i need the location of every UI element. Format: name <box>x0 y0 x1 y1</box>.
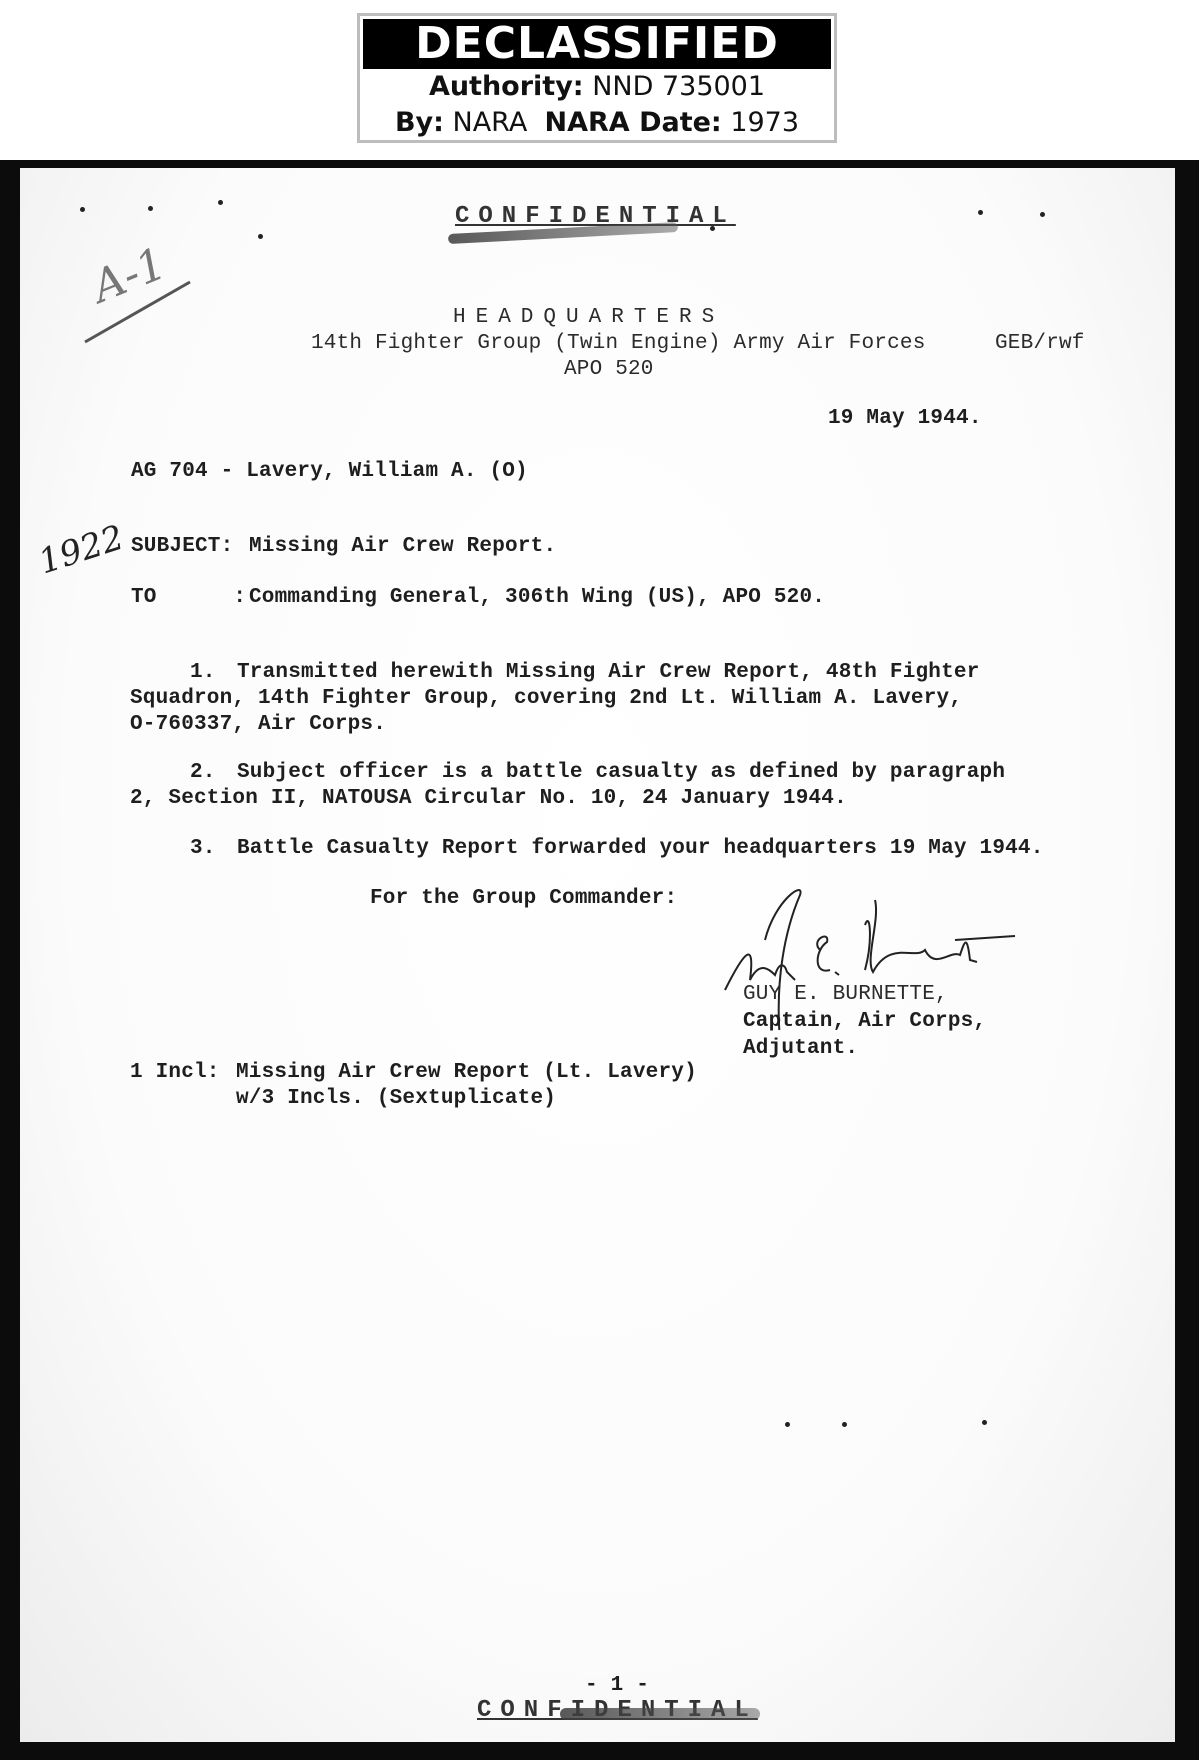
paragraph-3-line: Battle Casualty Report forwarded your he… <box>237 837 1044 861</box>
stamp-by-date: By: NARA NARA Date: 1973 <box>360 105 834 141</box>
for-group-commander: For the Group Commander: <box>370 887 677 911</box>
paragraph-2-line: 2, Section II, NATOUSA Circular No. 10, … <box>130 787 847 811</box>
signer-name: GUY E. BURNETTE, <box>743 983 948 1007</box>
declassification-stamp: DECLASSIFIED Authority: NND 735001 By: N… <box>357 13 837 143</box>
stamp-title: DECLASSIFIED <box>363 19 831 69</box>
authority-label: Authority: <box>429 71 584 102</box>
handwritten-signature: Guy E. Burnette <box>715 880 1025 1030</box>
letterhead-apo: APO 520 <box>564 358 654 382</box>
paragraph-1-line: Transmitted herewith Missing Air Crew Re… <box>237 661 980 685</box>
signer-rank: Captain, Air Corps, <box>743 1010 986 1034</box>
subject-text: Missing Air Crew Report. <box>249 535 556 559</box>
reference-initials: GEB/rwf <box>995 332 1085 356</box>
scan-speck <box>978 210 983 215</box>
to-label: TO : <box>131 586 246 610</box>
paragraph-1-number: 1. <box>190 661 216 685</box>
enclosure-line: w/3 Incls. (Sextuplicate) <box>236 1087 556 1111</box>
scan-speck <box>258 234 263 239</box>
signer-title: Adjutant. <box>743 1037 858 1061</box>
by-value: NARA <box>453 107 528 138</box>
enclosure-label: 1 Incl: <box>130 1061 220 1085</box>
authority-value: NND 735001 <box>592 71 765 102</box>
paragraph-1-line: Squadron, 14th Fighter Group, covering 2… <box>130 687 962 711</box>
nara-date-label: NARA Date: <box>545 107 722 138</box>
scan-speck <box>842 1422 847 1427</box>
handwritten-underline <box>80 270 200 350</box>
scan-speck <box>148 206 153 211</box>
subject-label: SUBJECT: <box>131 535 233 559</box>
file-reference: AG 704 - Lavery, William A. (O) <box>131 460 528 484</box>
enclosure-line: Missing Air Crew Report (Lt. Lavery) <box>236 1061 697 1085</box>
document-date: 19 May 1944. <box>828 407 982 431</box>
paragraph-1-line: O-760337, Air Corps. <box>130 713 386 737</box>
page-number: - 1 - <box>585 1674 649 1698</box>
scan-speck <box>218 200 223 205</box>
scan-speck <box>1040 212 1045 217</box>
letterhead-title: HEADQUARTERS <box>453 306 724 330</box>
stamp-authority: Authority: NND 735001 <box>360 69 834 105</box>
redaction-smear <box>560 1708 760 1720</box>
to-text: Commanding General, 306th Wing (US), APO… <box>249 586 825 610</box>
scan-speck <box>982 1420 987 1425</box>
scan-speck <box>785 1422 790 1427</box>
letterhead-unit: 14th Fighter Group (Twin Engine) Army Ai… <box>311 332 926 356</box>
by-label: By: <box>395 107 444 138</box>
paragraph-2-line: Subject officer is a battle casualty as … <box>237 761 1005 785</box>
paragraph-3-number: 3. <box>190 837 216 861</box>
nara-date-value: 1973 <box>730 107 799 138</box>
scan-speck <box>80 207 85 212</box>
paragraph-2-number: 2. <box>190 761 216 785</box>
